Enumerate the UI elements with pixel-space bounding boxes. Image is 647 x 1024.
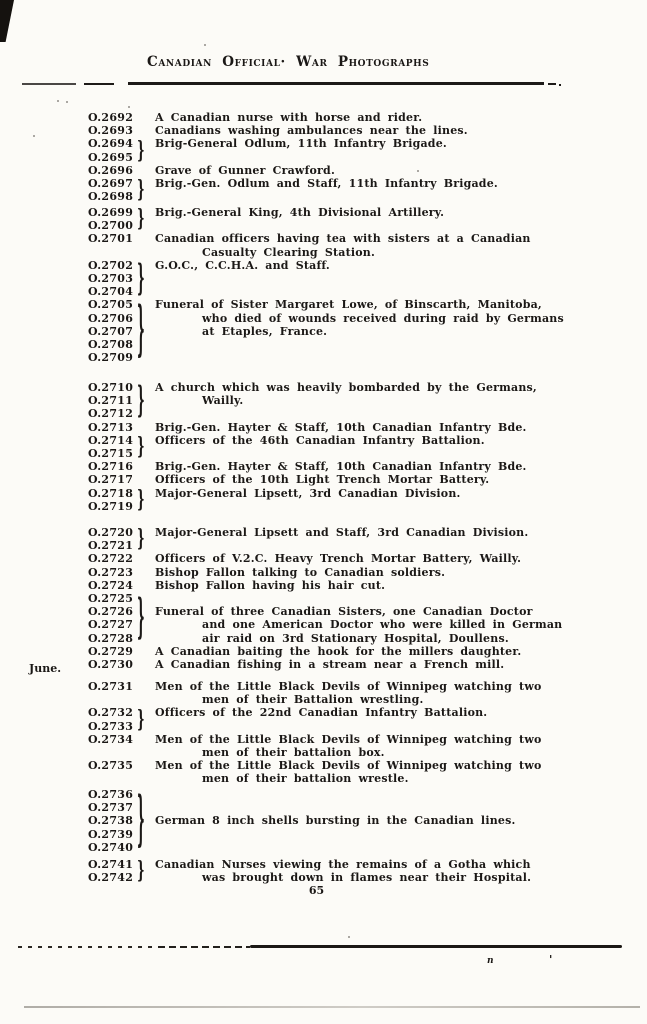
photo-number: O.2701 — [88, 232, 136, 245]
brace-icon: } — [136, 526, 155, 552]
catalog-entry: O.2718O.2719}Major-General Lipsett, 3rd … — [88, 487, 613, 513]
catalog-entry: O.2702O.2703O.2704}G.O.C., C.C.H.A. and … — [88, 259, 613, 299]
entry-description-line: Brig-General Odlum, 11th Infantry Brigad… — [155, 137, 613, 150]
entry-description: Funeral of three Canadian Sisters, one C… — [155, 592, 613, 645]
entry-description: Officers of the 10th Light Trench Mortar… — [155, 473, 613, 486]
entry-description-line: Canadians washing ambulances near the li… — [155, 124, 613, 137]
entry-description-line: Funeral of Sister Margaret Lowe, of Bins… — [155, 298, 613, 311]
photo-number-column: O.2731 — [88, 680, 136, 693]
photo-number: O.2718 — [88, 487, 136, 500]
catalog-entry: O.2724Bishop Fallon having his hair cut. — [88, 579, 613, 592]
photo-number-column: O.2692 — [88, 111, 136, 124]
photo-number-column: O.2702O.2703O.2704 — [88, 259, 136, 299]
entry-description: Funeral of Sister Margaret Lowe, of Bins… — [155, 298, 613, 338]
entry-description: German 8 inch shells bursting in the Can… — [155, 788, 613, 828]
catalog-entry: O.2696Grave of Gunner Crawford. — [88, 164, 613, 177]
brace-icon: } — [136, 259, 155, 299]
catalog-entry: O.2710O.2711O.2712}A church which was he… — [88, 381, 613, 421]
scan-noise-glyph: ' — [549, 953, 552, 966]
entry-description: Officers of the 22nd Canadian Infantry B… — [155, 706, 613, 719]
scan-speck — [204, 44, 206, 46]
brace-icon: } — [136, 434, 155, 460]
brace-icon: } — [136, 137, 155, 163]
entry-description: Brig.-Gen. Hayter & Staff, 10th Canadian… — [155, 460, 613, 473]
brace-icon — [136, 552, 155, 565]
entry-description-line: Officers of V.2.C. Heavy Trench Mortar B… — [155, 552, 613, 565]
photo-number: O.2706 — [88, 312, 136, 325]
photo-number: O.2692 — [88, 111, 136, 124]
brace-icon — [136, 680, 155, 706]
brace-icon — [136, 232, 155, 258]
entry-description-line: Bishop Fallon having his hair cut. — [155, 579, 613, 592]
entry-description: Bishop Fallon talking to Canadian soldie… — [155, 566, 613, 579]
entry-description-line: G.O.C., C.C.H.A. and Staff. — [155, 259, 613, 272]
photo-number: O.2735 — [88, 759, 136, 772]
catalog-entry: O.2692A Canadian nurse with horse and ri… — [88, 111, 613, 124]
entry-description: Brig.-General King, 4th Divisional Artil… — [155, 206, 613, 219]
photo-number: O.2717 — [88, 473, 136, 486]
photo-number: O.2731 — [88, 680, 136, 693]
photo-number: O.2742 — [88, 871, 136, 884]
photo-number-column: O.2705O.2706O.2707O.2708O.2709 — [88, 298, 136, 364]
photo-number: O.2712 — [88, 407, 136, 420]
photo-number-column: O.2725O.2726O.2727O.2728 — [88, 592, 136, 645]
entry-description-line: Men of the Little Black Devils of Winnip… — [155, 759, 613, 772]
scan-artifact-page-edge — [24, 1006, 640, 1008]
entry-description-line: Funeral of three Canadian Sisters, one C… — [155, 605, 613, 618]
scanned-catalog-page: Canadian Official· War Photographs June.… — [0, 0, 647, 1024]
catalog-entry: O.2717Officers of the 10th Light Trench … — [88, 473, 613, 486]
photo-number: O.2719 — [88, 500, 136, 513]
photo-number-column: O.2701 — [88, 232, 136, 245]
entry-description-line: Brig.-Gen. Odlum and Staff, 11th Infantr… — [155, 177, 613, 190]
catalog-section: O.2720O.2721}Major-General Lipsett and S… — [88, 526, 613, 671]
brace-icon: } — [136, 177, 155, 203]
catalog-section: O.2731Men of the Little Black Devils of … — [88, 680, 613, 786]
photo-number: O.2722 — [88, 552, 136, 565]
entry-description-line: Brig.-General King, 4th Divisional Artil… — [155, 206, 613, 219]
catalog-entry: O.2730A Canadian fishing in a stream nea… — [88, 658, 613, 671]
photo-number: O.2723 — [88, 566, 136, 579]
brace-icon — [136, 658, 155, 671]
brace-icon: } — [136, 487, 155, 513]
entry-description-line: Major-General Lipsett, 3rd Canadian Divi… — [155, 487, 613, 500]
entry-description: Major-General Lipsett, 3rd Canadian Divi… — [155, 487, 613, 500]
catalog-entry: O.2714O.2715}Officers of the 46th Canadi… — [88, 434, 613, 460]
photo-number-column: O.2741O.2742 — [88, 858, 136, 884]
entry-description-line: Officers of the 46th Canadian Infantry B… — [155, 434, 613, 447]
brace-icon: } — [136, 592, 155, 645]
photo-number: O.2699 — [88, 206, 136, 219]
catalog-section: O.2699O.2700}Brig.-General King, 4th Div… — [88, 206, 613, 364]
photo-number: O.2733 — [88, 720, 136, 733]
scan-artifact-bottom-line — [250, 945, 622, 948]
catalog-entry: O.2697O.2698}Brig.-Gen. Odlum and Staff,… — [88, 177, 613, 203]
photo-number: O.2713 — [88, 421, 136, 434]
entry-description: A church which was heavily bombarded by … — [155, 381, 613, 407]
brace-icon: } — [136, 858, 155, 884]
catalog-entry: O.2736O.2737O.2738O.2739O.2740}German 8 … — [88, 788, 613, 854]
entry-description-line: Grave of Gunner Crawford. — [155, 164, 613, 177]
entry-description-line: A Canadian nurse with horse and rider. — [155, 111, 613, 124]
photo-number: O.2741 — [88, 858, 136, 871]
entry-description-line: men of their battalion box. — [155, 746, 613, 759]
photo-number: O.2697 — [88, 177, 136, 190]
brace-icon: } — [136, 381, 155, 421]
photo-number: O.2720 — [88, 526, 136, 539]
entry-description-line: air raid on 3rd Stationary Hospital, Dou… — [155, 632, 613, 645]
scan-speck — [128, 106, 130, 108]
entry-description-line: Officers of the 22nd Canadian Infantry B… — [155, 706, 613, 719]
photo-number: O.2715 — [88, 447, 136, 460]
photo-number-column: O.2736O.2737O.2738O.2739O.2740 — [88, 788, 136, 854]
entry-description-line: at Etaples, France. — [155, 325, 613, 338]
photo-number-column: O.2710O.2711O.2712 — [88, 381, 136, 421]
photo-number: O.2708 — [88, 338, 136, 351]
photo-number: O.2734 — [88, 733, 136, 746]
catalog-entry: O.2725O.2726O.2727O.2728}Funeral of thre… — [88, 592, 613, 645]
photo-number: O.2710 — [88, 381, 136, 394]
photo-number: O.2728 — [88, 632, 136, 645]
brace-icon: } — [136, 788, 155, 854]
entry-description: A Canadian baiting the hook for the mill… — [155, 645, 613, 658]
entry-description-line: who died of wounds received during raid … — [155, 312, 613, 325]
photo-number-column: O.2713 — [88, 421, 136, 434]
photo-number-column: O.2720O.2721 — [88, 526, 136, 552]
brace-icon — [136, 566, 155, 579]
scan-speck — [417, 170, 419, 172]
brace-icon: } — [136, 206, 155, 232]
photo-number: O.2693 — [88, 124, 136, 137]
catalog-entry: O.2720O.2721}Major-General Lipsett and S… — [88, 526, 613, 552]
catalog-entry: O.2735Men of the Little Black Devils of … — [88, 759, 613, 785]
photo-number: O.2705 — [88, 298, 136, 311]
entry-description: Major-General Lipsett and Staff, 3rd Can… — [155, 526, 613, 539]
photo-number: O.2721 — [88, 539, 136, 552]
entry-description-line: Bishop Fallon talking to Canadian soldie… — [155, 566, 613, 579]
catalog-entry: O.2731Men of the Little Black Devils of … — [88, 680, 613, 706]
entry-description-line: A Canadian fishing in a stream near a Fr… — [155, 658, 613, 671]
entry-description-line: Men of the Little Black Devils of Winnip… — [155, 733, 613, 746]
entry-description-line: Brig.-Gen. Hayter & Staff, 10th Canadian… — [155, 421, 613, 434]
catalog-entry: O.2713Brig.-Gen. Hayter & Staff, 10th Ca… — [88, 421, 613, 434]
photo-number: O.2695 — [88, 151, 136, 164]
entry-description: Men of the Little Black Devils of Winnip… — [155, 759, 613, 785]
entry-description: Officers of the 46th Canadian Infantry B… — [155, 434, 613, 447]
photo-number: O.2707 — [88, 325, 136, 338]
entry-description-line: was brought down in flames near their Ho… — [155, 871, 613, 884]
catalog-entry: O.2701Canadian officers having tea with … — [88, 232, 613, 258]
photo-number: O.2727 — [88, 618, 136, 631]
photo-number: O.2726 — [88, 605, 136, 618]
photo-number-column: O.2694O.2695 — [88, 137, 136, 163]
brace-icon — [136, 460, 155, 473]
entry-description-line: Casualty Clearing Station. — [155, 246, 613, 259]
entry-description-line: Canadian officers having tea with sister… — [155, 232, 613, 245]
photo-number-column: O.2730 — [88, 658, 136, 671]
photo-number: O.2698 — [88, 190, 136, 203]
photo-number: O.2700 — [88, 219, 136, 232]
entry-description-line: Men of the Little Black Devils of Winnip… — [155, 680, 613, 693]
photo-number: O.2704 — [88, 285, 136, 298]
photo-number: O.2740 — [88, 841, 136, 854]
photo-number-column: O.2729 — [88, 645, 136, 658]
photo-number-column: O.2697O.2698 — [88, 177, 136, 203]
scan-speck — [33, 135, 35, 137]
entry-description-line: German 8 inch shells bursting in the Can… — [155, 814, 613, 827]
entry-description-line: Major-General Lipsett and Staff, 3rd Can… — [155, 526, 613, 539]
entry-description: Men of the Little Black Devils of Winnip… — [155, 733, 613, 759]
entry-description-line: men of their battalion wrestle. — [155, 772, 613, 785]
photo-number: O.2724 — [88, 579, 136, 592]
photo-number-column: O.2714O.2715 — [88, 434, 136, 460]
brace-icon — [136, 111, 155, 124]
photo-number: O.2732 — [88, 706, 136, 719]
scan-artifact-bottom-line — [158, 946, 250, 948]
catalog-entry: O.2716Brig.-Gen. Hayter & Staff, 10th Ca… — [88, 460, 613, 473]
brace-icon: } — [136, 706, 155, 732]
photo-number-column: O.2724 — [88, 579, 136, 592]
photo-number-column: O.2699O.2700 — [88, 206, 136, 232]
catalog-entry: O.2693Canadians washing ambulances near … — [88, 124, 613, 137]
entry-description: Bishop Fallon having his hair cut. — [155, 579, 613, 592]
catalog-entry: O.2732O.2733}Officers of the 22nd Canadi… — [88, 706, 613, 732]
brace-icon — [136, 645, 155, 658]
photo-number-column: O.2734 — [88, 733, 136, 746]
page-number: 65 — [0, 884, 633, 897]
photo-number: O.2694 — [88, 137, 136, 150]
entry-description-line: Brig.-Gen. Hayter & Staff, 10th Canadian… — [155, 460, 613, 473]
entry-description: Canadian officers having tea with sister… — [155, 232, 613, 258]
entry-description: Canadian Nurses viewing the remains of a… — [155, 858, 613, 884]
entry-description: Canadians washing ambulances near the li… — [155, 124, 613, 137]
catalog-section: O.2710O.2711O.2712}A church which was he… — [88, 381, 613, 513]
scan-speck — [348, 936, 350, 938]
photo-number: O.2716 — [88, 460, 136, 473]
catalog-entry: O.2734Men of the Little Black Devils of … — [88, 733, 613, 759]
photo-number-column: O.2718O.2719 — [88, 487, 136, 513]
entry-description: Brig-General Odlum, 11th Infantry Brigad… — [155, 137, 613, 150]
photo-number: O.2736 — [88, 788, 136, 801]
entry-description: A Canadian fishing in a stream near a Fr… — [155, 658, 613, 671]
entry-description: Brig.-Gen. Odlum and Staff, 11th Infantr… — [155, 177, 613, 190]
photo-number: O.2709 — [88, 351, 136, 364]
photo-number: O.2711 — [88, 394, 136, 407]
entry-description-line: men of their Battalion wrestling. — [155, 693, 613, 706]
scan-artifact-bottom-line — [18, 946, 154, 948]
photo-number-column: O.2722 — [88, 552, 136, 565]
photo-catalog-list: O.2692A Canadian nurse with horse and ri… — [0, 0, 647, 1024]
entry-description: Officers of V.2.C. Heavy Trench Mortar B… — [155, 552, 613, 565]
photo-number-column: O.2723 — [88, 566, 136, 579]
brace-icon — [136, 733, 155, 759]
entry-description-line: Officers of the 10th Light Trench Mortar… — [155, 473, 613, 486]
catalog-section: O.2736O.2737O.2738O.2739O.2740}German 8 … — [88, 788, 613, 854]
entry-description-line: Canadian Nurses viewing the remains of a… — [155, 858, 613, 871]
entry-description: Brig.-Gen. Hayter & Staff, 10th Canadian… — [155, 421, 613, 434]
entry-description-line: and one American Doctor who were killed … — [155, 618, 613, 631]
photo-number: O.2730 — [88, 658, 136, 671]
brace-icon — [136, 759, 155, 785]
entry-description: Grave of Gunner Crawford. — [155, 164, 613, 177]
photo-number-column: O.2693 — [88, 124, 136, 137]
entry-description: A Canadian nurse with horse and rider. — [155, 111, 613, 124]
catalog-entry: O.2729A Canadian baiting the hook for th… — [88, 645, 613, 658]
entry-description-line: A Canadian baiting the hook for the mill… — [155, 645, 613, 658]
photo-number: O.2702 — [88, 259, 136, 272]
entry-description-line: Wailly. — [155, 394, 613, 407]
entry-description: G.O.C., C.C.H.A. and Staff. — [155, 259, 613, 272]
photo-number: O.2739 — [88, 828, 136, 841]
photo-number-column: O.2696 — [88, 164, 136, 177]
catalog-section: O.2692A Canadian nurse with horse and ri… — [88, 111, 613, 203]
catalog-entry: O.2699O.2700}Brig.-General King, 4th Div… — [88, 206, 613, 232]
photo-number: O.2729 — [88, 645, 136, 658]
brace-icon: } — [136, 298, 155, 364]
catalog-entry: O.2723Bishop Fallon talking to Canadian … — [88, 566, 613, 579]
catalog-section: O.2741O.2742}Canadian Nurses viewing the… — [88, 858, 613, 884]
scan-speck — [57, 100, 59, 102]
catalog-entry: O.2705O.2706O.2707O.2708O.2709}Funeral o… — [88, 298, 613, 364]
entry-description-line: A church which was heavily bombarded by … — [155, 381, 613, 394]
photo-number: O.2725 — [88, 592, 136, 605]
scan-noise-glyph: n — [487, 956, 494, 966]
photo-number: O.2714 — [88, 434, 136, 447]
photo-number-column: O.2717 — [88, 473, 136, 486]
photo-number-column: O.2732O.2733 — [88, 706, 136, 732]
catalog-entry: O.2694O.2695}Brig-General Odlum, 11th In… — [88, 137, 613, 163]
catalog-entry: O.2722Officers of V.2.C. Heavy Trench Mo… — [88, 552, 613, 565]
scan-speck — [66, 101, 68, 103]
photo-number: O.2738 — [88, 814, 136, 827]
photo-number: O.2703 — [88, 272, 136, 285]
photo-number: O.2696 — [88, 164, 136, 177]
photo-number-column: O.2716 — [88, 460, 136, 473]
entry-description: Men of the Little Black Devils of Winnip… — [155, 680, 613, 706]
photo-number-column: O.2735 — [88, 759, 136, 772]
photo-number: O.2737 — [88, 801, 136, 814]
catalog-entry: O.2741O.2742}Canadian Nurses viewing the… — [88, 858, 613, 884]
